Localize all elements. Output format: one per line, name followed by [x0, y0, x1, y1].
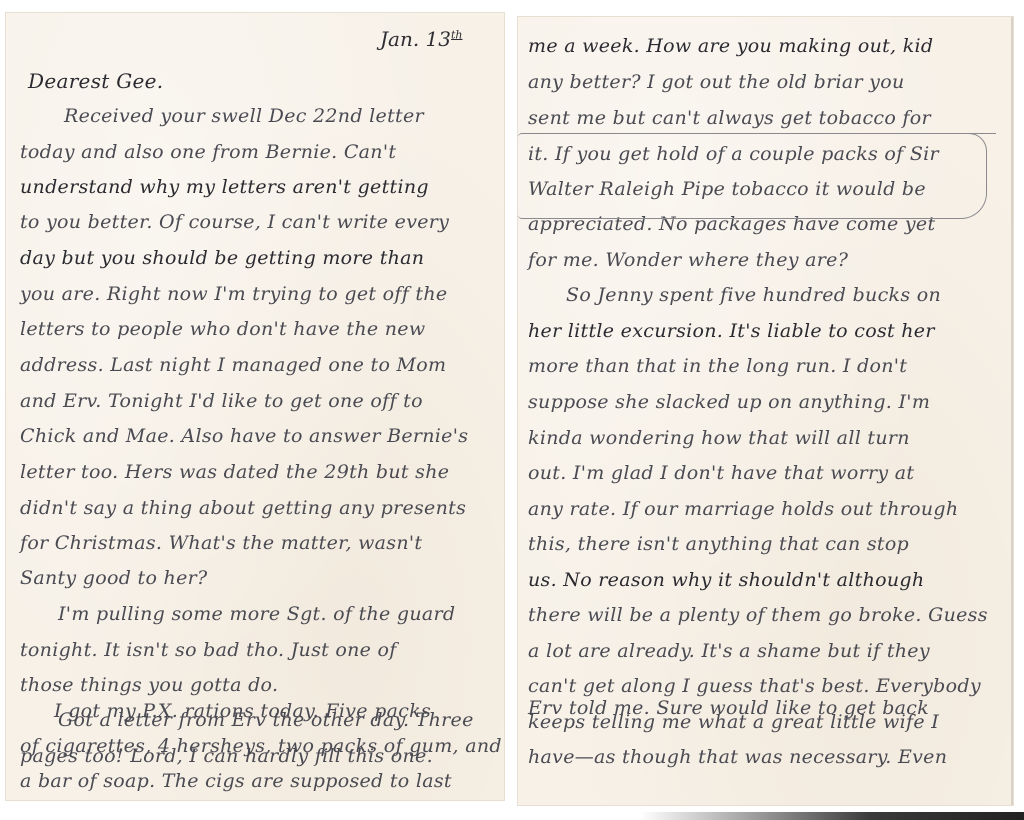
- salutation: Dearest Gee.: [28, 69, 163, 93]
- date-text: Jan. 13: [380, 27, 451, 51]
- letter-line: me a week. How are you making out, kid: [528, 35, 933, 57]
- letter-line: letter too. Hers was dated the 29th but …: [20, 461, 449, 483]
- letter-page-left: Jan. 13th Dearest Gee. Received your swe…: [6, 13, 504, 800]
- letter-line: for me. Wonder where they are?: [528, 249, 848, 271]
- letter-line: out. I'm glad I don't have that worry at: [528, 462, 914, 484]
- letter-line: her little excursion. It's liable to cos…: [528, 320, 935, 342]
- letter-line: those things you gotta do.: [20, 674, 278, 696]
- letter-line: Chick and Mae. Also have to answer Berni…: [20, 425, 468, 447]
- letter-line: more than that in the long run. I don't: [528, 355, 907, 377]
- date-suffix: th: [451, 28, 463, 41]
- letter-line: for Christmas. What's the matter, wasn't: [20, 532, 422, 554]
- letter-line: have—as though that was necessary. Even: [528, 746, 947, 768]
- letter-line: address. Last night I managed one to Mom: [20, 354, 446, 376]
- letter-line: letters to people who don't have the new: [20, 318, 425, 340]
- letter-line: us. No reason why it shouldn't although: [528, 569, 924, 591]
- letter-line: So Jenny spent five hundred bucks on: [518, 284, 941, 306]
- letter-line: sent me but can't always get tobacco for: [528, 107, 931, 129]
- letter-line: and Erv. Tonight I'd like to get one off…: [20, 390, 423, 412]
- letter-line: this, there isn't anything that can stop: [528, 533, 909, 555]
- letter-line: pages too! Lord, I can hardly fill this …: [20, 745, 433, 767]
- letter-page-right: me a week. How are you making out, kid a…: [518, 17, 1013, 805]
- letter-line: to you better. Of course, I can't write …: [20, 211, 449, 233]
- letter-line: tonight. It isn't so bad tho. Just one o…: [20, 639, 397, 661]
- letter-line: a lot are already. It's a shame but if t…: [528, 640, 930, 662]
- letter-line: Received your swell Dec 22nd letter: [16, 105, 424, 127]
- letter-line: any rate. If our marriage holds out thro…: [528, 498, 958, 520]
- letter-line: can't get along I guess that's best. Eve…: [528, 675, 981, 697]
- letter-line: appreciated. No packages have come yet: [528, 213, 935, 235]
- letter-line: didn't say a thing about getting any pre…: [20, 497, 466, 519]
- scan-edge-shadow: [640, 812, 1024, 820]
- letter-date: Jan. 13th: [380, 27, 463, 51]
- letter-line: you are. Right now I'm trying to get off…: [20, 283, 447, 305]
- letter-line: I'm pulling some more Sgt. of the guard: [10, 603, 455, 625]
- letter-line: today and also one from Bernie. Can't: [20, 141, 396, 163]
- letter-line: suppose she slacked up on anything. I'm: [528, 391, 930, 413]
- letter-line: understand why my letters aren't getting: [20, 176, 429, 198]
- letter-line: any better? I got out the old briar you: [528, 71, 905, 93]
- letter-line: kinda wondering how that will all turn: [528, 427, 910, 449]
- letter-line: day but you should be getting more than: [20, 247, 424, 269]
- letter-line: keeps telling me what a great little wif…: [528, 711, 939, 733]
- letter-line: Santy good to her?: [20, 567, 208, 589]
- letter-scan: Jan. 13th Dearest Gee. Received your swe…: [0, 0, 1024, 820]
- letter-line: it. If you get hold of a couple packs of…: [528, 143, 939, 165]
- letter-line: there will be a plenty of them go broke.…: [528, 604, 988, 626]
- letter-line: Got a letter from Erv the other day. Thr…: [10, 709, 474, 731]
- letter-line: Walter Raleigh Pipe tobacco it would be: [528, 178, 926, 200]
- pencil-underline: [616, 133, 996, 134]
